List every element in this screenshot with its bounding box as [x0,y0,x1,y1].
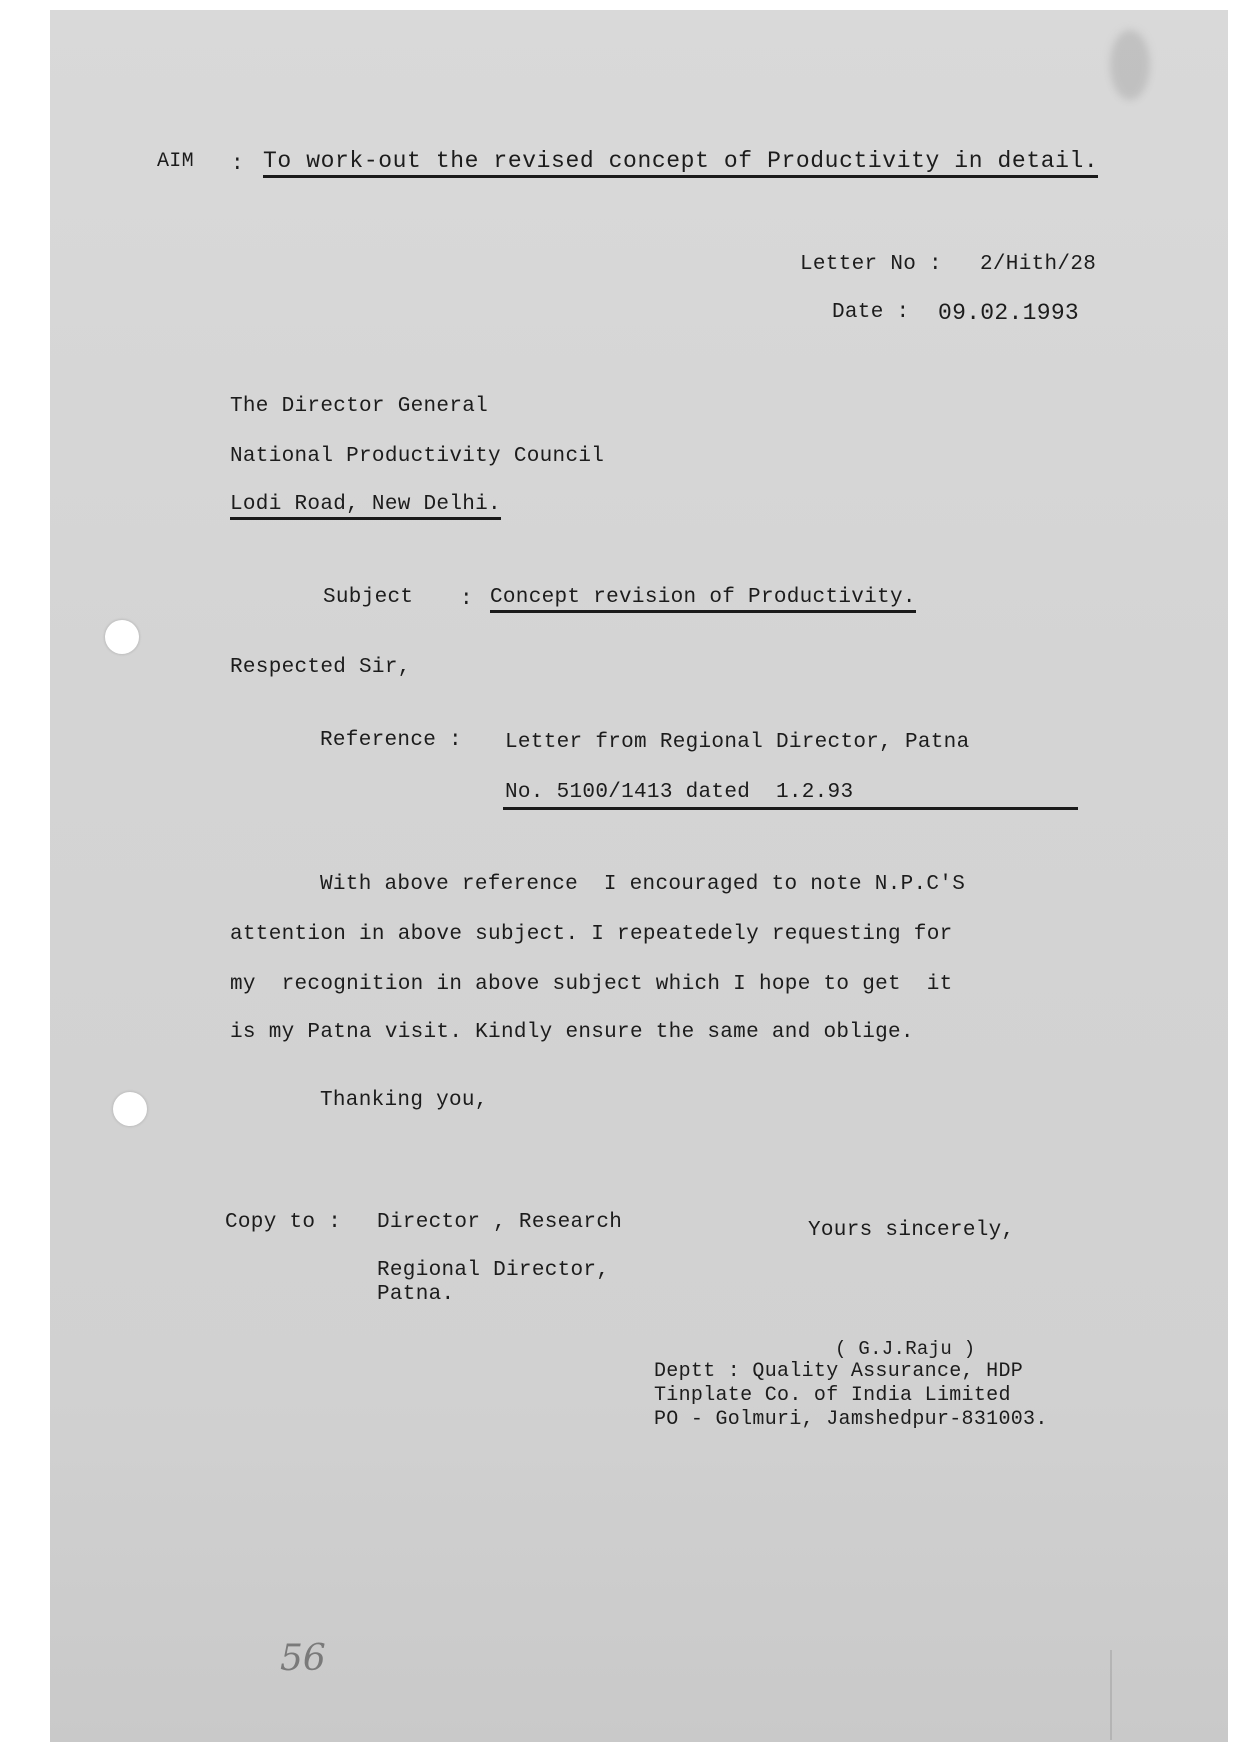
body-line-1: With above reference I encouraged to not… [320,874,965,895]
date-value: 09.02.1993 [938,302,1079,325]
copy-to-label: Copy to : [225,1212,341,1233]
sign-off: Yours sincerely, [808,1220,1014,1241]
reference-line-2: No. 5100/1413 dated 1.2.93 [505,782,853,803]
addressee-line-3: Lodi Road, New Delhi. [230,494,501,520]
handwritten-page-number: 56 [280,1638,326,1679]
body-line-4: is my Patna visit. Kindly ensure the sam… [230,1022,914,1043]
signatory-name: ( G.J.Raju ) [835,1340,975,1359]
signature-dept: Deptt : Quality Assurance, HDP [654,1362,1023,1382]
aim-label: AIM [157,152,194,172]
closing: Thanking you, [320,1090,488,1111]
aim-text: To work-out the revised concept of Produ… [263,150,1098,178]
body-line-3: my recognition in above subject which I … [230,974,953,995]
date-label: Date : [832,302,909,323]
reference-line-1: Letter from Regional Director, Patna [505,732,969,753]
reference-underline [503,807,1078,810]
paper-stain [1110,30,1150,100]
subject-label: Subject [323,587,413,608]
copy-to-recipient-2: Regional Director, [377,1260,609,1281]
body-line-2: attention in above subject. I repeatedel… [230,924,953,945]
salutation: Respected Sir, [230,657,411,678]
signature-address: PO - Golmuri, Jamshedpur-831003. [654,1410,1048,1430]
aim-separator: : [231,154,244,175]
copy-to-recipient-3: Patna. [377,1284,454,1305]
signature-company: Tinplate Co. of India Limited [654,1386,1011,1406]
addressee-line-2: National Productivity Council [230,446,604,467]
punch-hole-bottom [113,1092,147,1126]
letter-number-value: 2/Hith/28 [980,254,1096,275]
punch-hole-top [105,620,139,654]
letter-number-label: Letter No : [800,254,942,275]
copy-to-recipient-1: Director , Research [377,1212,622,1233]
addressee-line-1: The Director General [230,396,488,417]
subject-text: Concept revision of Productivity. [490,587,916,613]
reference-label: Reference : [320,730,462,751]
paper-crease [1110,1650,1112,1740]
scanned-letter-page: AIM : To work-out the revised concept of… [50,10,1228,1742]
subject-separator: : [460,589,473,610]
